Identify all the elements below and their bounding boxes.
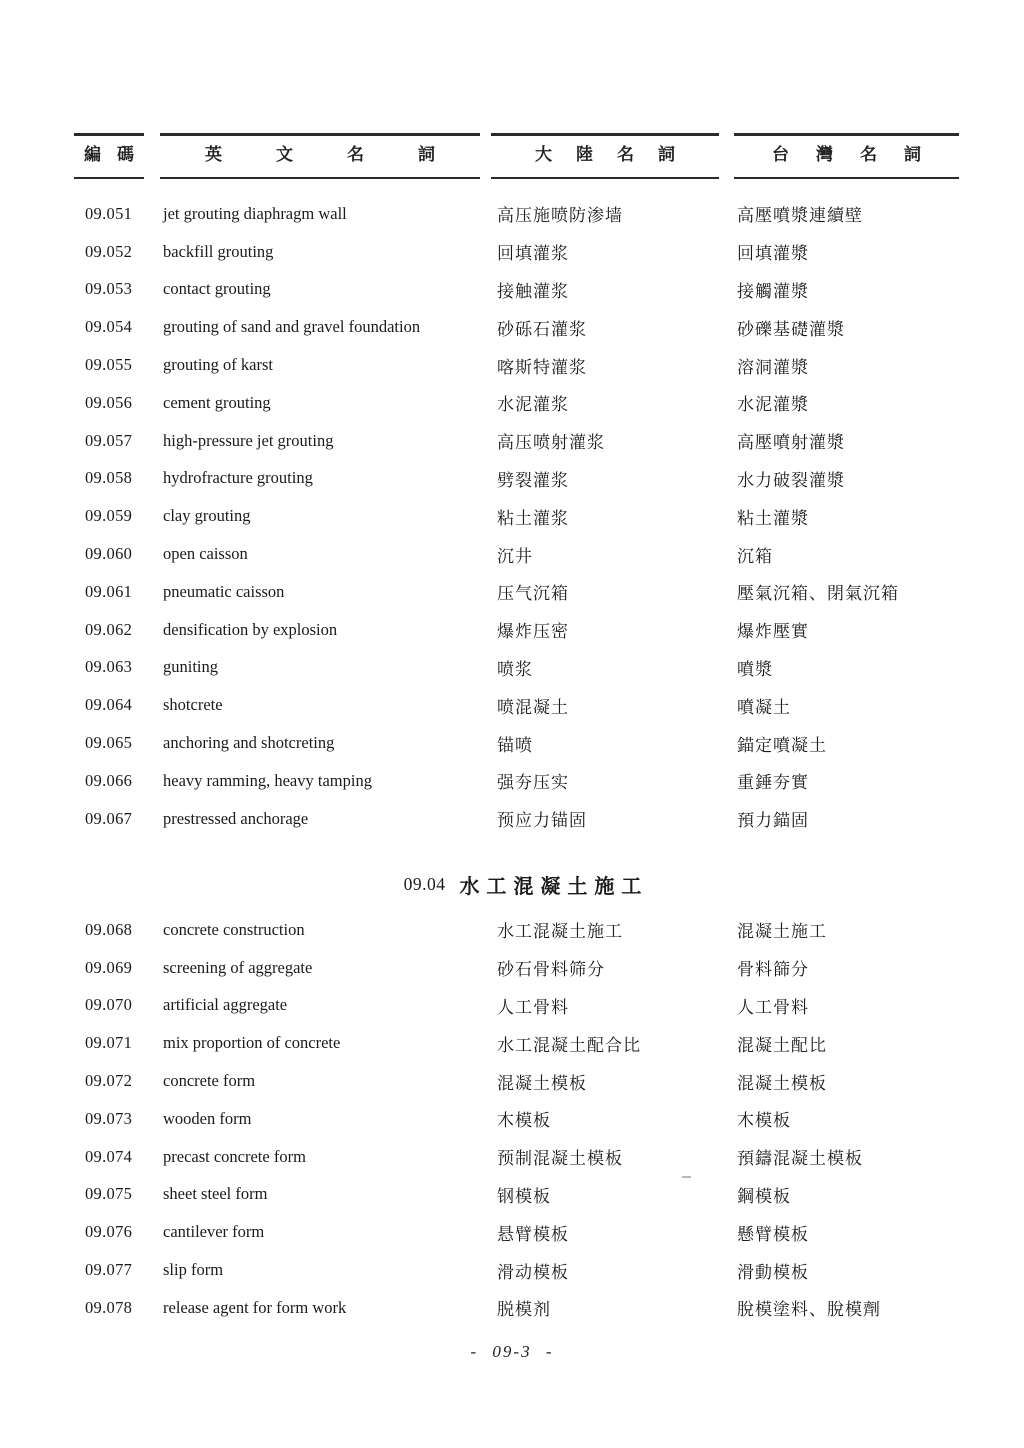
- row-code: 09.073: [85, 1109, 163, 1129]
- table-row: 09.058hydrofracture grouting劈裂灌浆水力破裂灌漿: [0, 460, 1024, 498]
- row-mainland-term: 接触灌浆: [497, 277, 737, 302]
- row-code: 09.052: [85, 242, 163, 262]
- row-taiwan-term: 混凝土模板: [737, 1069, 1024, 1094]
- column-header-mainland: 大陸名詞: [491, 140, 719, 170]
- table-row: 09.053contact grouting接触灌浆接觸灌漿: [0, 271, 1024, 309]
- row-mainland-term: 木模板: [497, 1106, 737, 1131]
- table-row: 09.061pneumatic caisson压气沉箱壓氣沉箱、閉氣沉箱: [0, 573, 1024, 611]
- row-taiwan-term: 噴凝土: [737, 693, 1024, 718]
- row-english-term: screening of aggregate: [163, 958, 497, 978]
- row-code: 09.056: [85, 393, 163, 413]
- row-code: 09.074: [85, 1147, 163, 1167]
- row-mainland-term: 水泥灌浆: [497, 390, 737, 415]
- row-mainland-term: 悬臂模板: [497, 1220, 737, 1245]
- row-code: 09.077: [85, 1260, 163, 1280]
- row-taiwan-term: 脫模塗料、脫模劑: [737, 1295, 1024, 1320]
- row-mainland-term: 砂石骨料筛分: [497, 955, 737, 980]
- column-header-mainland-label: 大陸名詞: [535, 140, 699, 170]
- row-english-term: precast concrete form: [163, 1147, 497, 1167]
- row-code: 09.072: [85, 1071, 163, 1091]
- row-english-term: concrete construction: [163, 920, 497, 940]
- table-row: 09.078release agent for form work脱模剂脫模塗料…: [0, 1289, 1024, 1327]
- row-mainland-term: 混凝土模板: [497, 1069, 737, 1094]
- row-mainland-term: 预制混凝土模板: [497, 1144, 737, 1169]
- row-english-term: shotcrete: [163, 695, 497, 715]
- row-taiwan-term: 沉箱: [737, 542, 1024, 567]
- row-taiwan-term: 壓氣沉箱、閉氣沉箱: [737, 579, 1024, 604]
- row-english-term: heavy ramming, heavy tamping: [163, 771, 497, 791]
- column-header-english: 英文名詞: [160, 140, 480, 170]
- row-taiwan-term: 預鑄混凝土模板: [737, 1144, 1024, 1169]
- row-mainland-term: 喷浆: [497, 655, 737, 680]
- row-taiwan-term: 高壓噴漿連續壁: [737, 201, 1024, 226]
- row-mainland-term: 粘土灌浆: [497, 504, 737, 529]
- table-row: 09.073wooden form木模板木模板: [0, 1100, 1024, 1138]
- row-mainland-term: 高压喷射灌浆: [497, 428, 737, 453]
- header-rule-bottom-mainland: [491, 177, 719, 179]
- row-english-term: anchoring and shotcreting: [163, 733, 497, 753]
- row-english-term: densification by explosion: [163, 620, 497, 640]
- row-english-term: concrete form: [163, 1071, 497, 1091]
- row-english-term: contact grouting: [163, 279, 497, 299]
- row-english-term: grouting of karst: [163, 355, 497, 375]
- row-taiwan-term: 水力破裂灌漿: [737, 466, 1024, 491]
- table-row: 09.068concrete construction水工混凝土施工混凝土施工: [0, 911, 1024, 949]
- row-taiwan-term: 人工骨料: [737, 993, 1024, 1018]
- table-row: 09.060open caisson沉井沉箱: [0, 535, 1024, 573]
- row-taiwan-term: 混凝土配比: [737, 1031, 1024, 1056]
- row-mainland-term: 喀斯特灌浆: [497, 353, 737, 378]
- section-heading: 09.04 水工混凝土施工: [14, 870, 1024, 898]
- row-english-term: backfill grouting: [163, 242, 497, 262]
- table-row: 09.057high-pressure jet grouting高压喷射灌浆高壓…: [0, 422, 1024, 460]
- row-code: 09.059: [85, 506, 163, 526]
- row-taiwan-term: 懸臂模板: [737, 1220, 1024, 1245]
- row-taiwan-term: 重錘夯實: [737, 768, 1024, 793]
- header-rule-top-taiwan: [734, 133, 959, 136]
- section-title: 水工混凝土施工: [459, 870, 648, 899]
- header-rule-bottom-taiwan: [734, 177, 959, 179]
- row-mainland-term: 劈裂灌浆: [497, 466, 737, 491]
- row-english-term: slip form: [163, 1260, 497, 1280]
- row-english-term: wooden form: [163, 1109, 497, 1129]
- row-taiwan-term: 預力錨固: [737, 806, 1024, 831]
- row-english-term: pneumatic caisson: [163, 582, 497, 602]
- header-rule-top-mainland: [491, 133, 719, 136]
- row-code: 09.068: [85, 920, 163, 940]
- row-code: 09.078: [85, 1298, 163, 1318]
- column-header-english-label: 英文名詞: [205, 140, 489, 170]
- row-mainland-term: 爆炸压密: [497, 617, 737, 642]
- section-number: 09.04: [404, 874, 446, 895]
- row-english-term: hydrofracture grouting: [163, 468, 497, 488]
- row-english-term: mix proportion of concrete: [163, 1033, 497, 1053]
- row-english-term: prestressed anchorage: [163, 809, 497, 829]
- row-code: 09.066: [85, 771, 163, 791]
- row-english-term: artificial aggregate: [163, 995, 497, 1015]
- scan-artifact-dash: [682, 1176, 691, 1178]
- table-row: 09.070artificial aggregate人工骨料人工骨料: [0, 987, 1024, 1025]
- row-mainland-term: 水工混凝土施工: [497, 917, 737, 942]
- row-code: 09.057: [85, 431, 163, 451]
- row-code: 09.058: [85, 468, 163, 488]
- header-rule-top-code: [74, 133, 144, 136]
- row-mainland-term: 滑动模板: [497, 1258, 737, 1283]
- row-mainland-term: 喷混凝土: [497, 693, 737, 718]
- row-mainland-term: 高压施喷防渗墙: [497, 201, 737, 226]
- row-code: 09.069: [85, 958, 163, 978]
- column-header-taiwan: 台灣名詞: [734, 140, 959, 170]
- row-english-term: cement grouting: [163, 393, 497, 413]
- row-english-term: guniting: [163, 657, 497, 677]
- row-taiwan-term: 回填灌漿: [737, 239, 1024, 264]
- row-code: 09.063: [85, 657, 163, 677]
- table-row: 09.055grouting of karst喀斯特灌浆溶洞灌漿: [0, 346, 1024, 384]
- table-row: 09.052backfill grouting回填灌浆回填灌漿: [0, 233, 1024, 271]
- row-code: 09.071: [85, 1033, 163, 1053]
- row-english-term: grouting of sand and gravel foundation: [163, 317, 497, 337]
- row-code: 09.054: [85, 317, 163, 337]
- row-code: 09.055: [85, 355, 163, 375]
- row-taiwan-term: 爆炸壓實: [737, 617, 1024, 642]
- table-row: 09.062densification by explosion爆炸压密爆炸壓實: [0, 611, 1024, 649]
- row-taiwan-term: 鋼模板: [737, 1182, 1024, 1207]
- table-row: 09.051jet grouting diaphragm wall高压施喷防渗墙…: [0, 195, 1024, 233]
- row-taiwan-term: 滑動模板: [737, 1258, 1024, 1283]
- row-taiwan-term: 接觸灌漿: [737, 277, 1024, 302]
- row-mainland-term: 钢模板: [497, 1182, 737, 1207]
- table-row: 09.064shotcrete喷混凝土噴凝土: [0, 686, 1024, 724]
- row-code: 09.075: [85, 1184, 163, 1204]
- row-english-term: high-pressure jet grouting: [163, 431, 497, 451]
- header-rule-top-english: [160, 133, 480, 136]
- row-code: 09.051: [85, 204, 163, 224]
- row-taiwan-term: 溶洞灌漿: [737, 353, 1024, 378]
- row-taiwan-term: 混凝土施工: [737, 917, 1024, 942]
- row-code: 09.062: [85, 620, 163, 640]
- table-row: 09.076cantilever form悬臂模板懸臂模板: [0, 1213, 1024, 1251]
- table-row: 09.063guniting喷浆噴漿: [0, 649, 1024, 687]
- header-rule-bottom-code: [74, 177, 144, 179]
- row-code: 09.061: [85, 582, 163, 602]
- table-row: 09.067prestressed anchorage预应力锚固預力錨固: [0, 800, 1024, 838]
- table-row: 09.069screening of aggregate砂石骨料筛分骨料篩分: [0, 949, 1024, 987]
- row-mainland-term: 回填灌浆: [497, 239, 737, 264]
- term-table-section-2: 09.068concrete construction水工混凝土施工混凝土施工0…: [0, 911, 1024, 1327]
- row-code: 09.076: [85, 1222, 163, 1242]
- row-mainland-term: 砂砾石灌浆: [497, 315, 737, 340]
- table-row: 09.071mix proportion of concrete水工混凝土配合比…: [0, 1024, 1024, 1062]
- row-mainland-term: 锚喷: [497, 731, 737, 756]
- row-english-term: clay grouting: [163, 506, 497, 526]
- row-english-term: open caisson: [163, 544, 497, 564]
- row-taiwan-term: 木模板: [737, 1106, 1024, 1131]
- table-row: 09.056cement grouting水泥灌浆水泥灌漿: [0, 384, 1024, 422]
- row-english-term: release agent for form work: [163, 1298, 497, 1318]
- row-taiwan-term: 噴漿: [737, 655, 1024, 680]
- term-table-section-1: 09.051jet grouting diaphragm wall高压施喷防渗墙…: [0, 195, 1024, 838]
- column-header-taiwan-label: 台灣名詞: [772, 140, 948, 170]
- row-code: 09.070: [85, 995, 163, 1015]
- row-english-term: sheet steel form: [163, 1184, 497, 1204]
- row-mainland-term: 压气沉箱: [497, 579, 737, 604]
- table-row: 09.072concrete form混凝土模板混凝土模板: [0, 1062, 1024, 1100]
- row-taiwan-term: 骨料篩分: [737, 955, 1024, 980]
- row-mainland-term: 预应力锚固: [497, 806, 737, 831]
- row-code: 09.067: [85, 809, 163, 829]
- row-code: 09.064: [85, 695, 163, 715]
- column-header-code: 編碼: [74, 140, 144, 170]
- row-english-term: cantilever form: [163, 1222, 497, 1242]
- row-taiwan-term: 高壓噴射灌漿: [737, 428, 1024, 453]
- table-row: 09.075sheet steel form钢模板鋼模板: [0, 1176, 1024, 1214]
- table-row: 09.054grouting of sand and gravel founda…: [0, 308, 1024, 346]
- row-taiwan-term: 水泥灌漿: [737, 390, 1024, 415]
- table-row: 09.074precast concrete form预制混凝土模板預鑄混凝土模…: [0, 1138, 1024, 1176]
- row-mainland-term: 水工混凝土配合比: [497, 1031, 737, 1056]
- row-mainland-term: 沉井: [497, 542, 737, 567]
- table-row: 09.077slip form滑动模板滑動模板: [0, 1251, 1024, 1289]
- row-english-term: jet grouting diaphragm wall: [163, 204, 497, 224]
- row-mainland-term: 强夯压实: [497, 768, 737, 793]
- header-rule-bottom-english: [160, 177, 480, 179]
- table-row: 09.066heavy ramming, heavy tamping强夯压实重錘…: [0, 762, 1024, 800]
- row-taiwan-term: 錨定噴凝土: [737, 731, 1024, 756]
- document-page: 編碼 英文名詞 大陸名詞 台灣名詞 09.051jet grouting dia…: [0, 0, 1024, 1448]
- table-row: 09.065anchoring and shotcreting锚喷錨定噴凝土: [0, 724, 1024, 762]
- row-taiwan-term: 粘土灌漿: [737, 504, 1024, 529]
- row-taiwan-term: 砂礫基礎灌漿: [737, 315, 1024, 340]
- row-code: 09.060: [85, 544, 163, 564]
- page-number: - 09-3 -: [0, 1342, 1024, 1364]
- row-mainland-term: 人工骨料: [497, 993, 737, 1018]
- column-header-code-label: 編碼: [84, 140, 150, 170]
- row-code: 09.053: [85, 279, 163, 299]
- row-mainland-term: 脱模剂: [497, 1295, 737, 1320]
- table-row: 09.059clay grouting粘土灌浆粘土灌漿: [0, 497, 1024, 535]
- row-code: 09.065: [85, 733, 163, 753]
